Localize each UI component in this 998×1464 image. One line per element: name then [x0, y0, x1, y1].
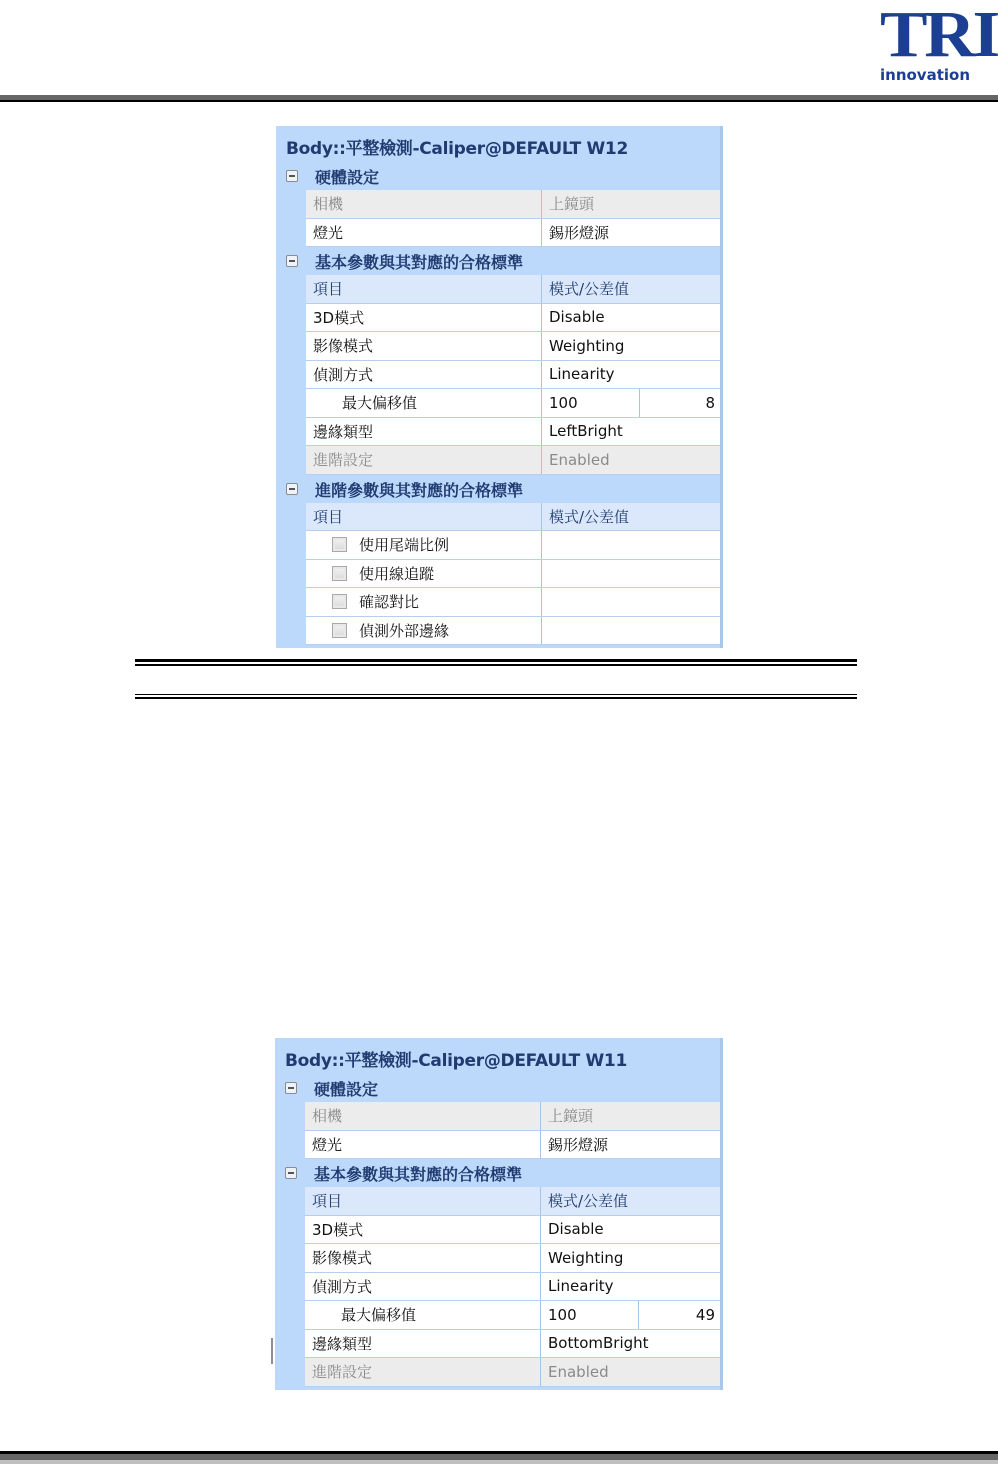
row-value[interactable]: [542, 560, 720, 588]
row-value[interactable]: Disable: [541, 1216, 720, 1244]
row-value[interactable]: LeftBright: [542, 418, 720, 446]
row-value[interactable]: [542, 617, 720, 645]
checkbox-label: 確認對比: [359, 591, 419, 612]
row-key: 影像模式: [305, 1244, 541, 1272]
checkbox-use-line-tracking[interactable]: [332, 566, 347, 581]
category-label: 硬體設定: [315, 165, 379, 188]
row-key: 偵測方式: [306, 361, 542, 389]
checkbox-use-end-ratio[interactable]: [332, 537, 347, 552]
row-value: 上鏡頭: [542, 190, 720, 218]
grid-row-detection-method[interactable]: 偵測方式 Linearity: [306, 361, 720, 390]
row-key: 使用線追蹤: [306, 560, 542, 588]
category-hardware[interactable]: 硬體設定: [276, 162, 720, 190]
category-label: 基本參數與其對應的合格標準: [314, 1162, 522, 1185]
row-key: 3D模式: [306, 304, 542, 332]
row-value[interactable]: 錫形燈源: [541, 1131, 720, 1159]
row-key: 使用尾端比例: [306, 531, 542, 559]
row-value: Enabled: [542, 446, 720, 474]
margin-mark: [271, 1338, 273, 1364]
grid-header-row: 項目 模式/公差值: [305, 1187, 720, 1216]
category-label: 進階參數與其對應的合格標準: [315, 478, 523, 501]
row-value: Enabled: [541, 1358, 720, 1386]
grid-row-advanced-settings[interactable]: 進階設定 Enabled: [306, 446, 720, 475]
grid-header-row: 項目 模式/公差值: [306, 275, 720, 304]
grid-row-3d-mode[interactable]: 3D模式 Disable: [306, 304, 720, 333]
grid-row-max-offset[interactable]: 最大偏移值 100 49: [305, 1301, 720, 1330]
row-key: 最大偏移值: [305, 1301, 541, 1329]
grid-row-3d-mode[interactable]: 3D模式 Disable: [305, 1216, 720, 1245]
row-key: 相機: [306, 190, 542, 218]
column-header-value: 模式/公差值: [541, 1187, 720, 1215]
category-basic-params[interactable]: 基本參數與其對應的合格標準: [276, 247, 720, 275]
panel-title: Body::平整檢測-Caliper@DEFAULT W12: [276, 126, 720, 162]
column-header-value: 模式/公差值: [542, 503, 720, 531]
row-key: 燈光: [306, 219, 542, 247]
grid-row-image-mode[interactable]: 影像模式 Weighting: [305, 1244, 720, 1273]
double-rule-bottom: [135, 694, 857, 699]
row-key: 3D模式: [305, 1216, 541, 1244]
row-key: 影像模式: [306, 332, 542, 360]
max-offset-base[interactable]: 100: [541, 1301, 639, 1329]
grid-row-use-end-ratio[interactable]: 使用尾端比例: [306, 531, 720, 560]
double-rule-top: [135, 659, 857, 666]
checkbox-detect-outer-edge[interactable]: [332, 623, 347, 638]
grid-row-camera[interactable]: 相機 上鏡頭: [305, 1102, 720, 1131]
max-offset-tolerance[interactable]: 49: [639, 1301, 720, 1329]
row-key: 進階設定: [306, 446, 542, 474]
row-value[interactable]: Weighting: [542, 332, 720, 360]
row-key: 偵測外部邊緣: [306, 617, 542, 645]
hardware-grid: 相機 上鏡頭 燈光 錫形燈源: [305, 1102, 720, 1159]
row-value: 上鏡頭: [541, 1102, 720, 1130]
checkbox-label: 偵測外部邊緣: [359, 620, 449, 641]
checkbox-label: 使用線追蹤: [359, 563, 434, 584]
row-key: 偵測方式: [305, 1273, 541, 1301]
row-key: 確認對比: [306, 588, 542, 616]
row-value[interactable]: Weighting: [541, 1244, 720, 1272]
row-value[interactable]: Linearity: [542, 361, 720, 389]
row-key: 邊緣類型: [305, 1330, 541, 1358]
tri-innovation-logo: TRI innovation: [878, 2, 994, 88]
checkbox-label: 使用尾端比例: [359, 534, 449, 555]
grid-row-max-offset[interactable]: 最大偏移值 100 8: [306, 389, 720, 418]
collapse-minus-icon[interactable]: [286, 255, 298, 267]
column-header-value: 模式/公差值: [542, 275, 720, 303]
grid-row-image-mode[interactable]: 影像模式 Weighting: [306, 332, 720, 361]
row-value[interactable]: BottomBright: [541, 1330, 720, 1358]
max-offset-tolerance[interactable]: 8: [640, 389, 720, 417]
row-value[interactable]: [542, 531, 720, 559]
category-advanced-params[interactable]: 進階參數與其對應的合格標準: [276, 475, 720, 503]
grid-row-lighting[interactable]: 燈光 錫形燈源: [305, 1131, 720, 1160]
hardware-grid: 相機 上鏡頭 燈光 錫形燈源: [306, 190, 720, 247]
category-label: 基本參數與其對應的合格標準: [315, 250, 523, 273]
property-grid-w12: Body::平整檢測-Caliper@DEFAULT W12 硬體設定 相機 上…: [276, 126, 723, 648]
row-key: 進階設定: [305, 1358, 541, 1386]
row-value[interactable]: Disable: [542, 304, 720, 332]
grid-row-detection-method[interactable]: 偵測方式 Linearity: [305, 1273, 720, 1302]
row-value-split: 100 49: [541, 1301, 720, 1329]
grid-header-row: 項目 模式/公差值: [306, 503, 720, 532]
column-header-item: 項目: [305, 1187, 541, 1215]
row-key: 最大偏移值: [306, 389, 542, 417]
grid-row-lighting[interactable]: 燈光 錫形燈源: [306, 219, 720, 248]
collapse-minus-icon[interactable]: [285, 1082, 297, 1094]
row-key: 相機: [305, 1102, 541, 1130]
grid-row-use-line-tracking[interactable]: 使用線追蹤: [306, 560, 720, 589]
category-hardware[interactable]: 硬體設定: [275, 1074, 720, 1102]
logo-mark: TRI: [880, 2, 997, 68]
column-header-item: 項目: [306, 275, 542, 303]
property-grid-w11: Body::平整檢測-Caliper@DEFAULT W11 硬體設定 相機 上…: [275, 1038, 723, 1390]
header-rule: [0, 95, 998, 102]
advanced-params-grid: 項目 模式/公差值 使用尾端比例 使用線追蹤 確認對比: [306, 503, 720, 646]
logo-tagline: innovation: [880, 66, 970, 84]
row-value[interactable]: Linearity: [541, 1273, 720, 1301]
row-value[interactable]: [542, 588, 720, 616]
footer-rule: [0, 1451, 998, 1464]
grid-row-edge-type[interactable]: 邊緣類型 LeftBright: [306, 418, 720, 447]
basic-params-grid: 項目 模式/公差值 3D模式 Disable 影像模式 Weighting 偵測…: [305, 1187, 720, 1387]
row-value[interactable]: 錫形燈源: [542, 219, 720, 247]
row-value-split: 100 8: [542, 389, 720, 417]
grid-row-advanced-settings[interactable]: 進階設定 Enabled: [305, 1358, 720, 1387]
checkbox-confirm-contrast[interactable]: [332, 594, 347, 609]
grid-row-confirm-contrast[interactable]: 確認對比: [306, 588, 720, 617]
basic-params-grid: 項目 模式/公差值 3D模式 Disable 影像模式 Weighting 偵測…: [306, 275, 720, 475]
category-label: 硬體設定: [314, 1077, 378, 1100]
grid-row-edge-type[interactable]: 邊緣類型 BottomBright: [305, 1330, 720, 1359]
column-header-item: 項目: [306, 503, 542, 531]
max-offset-base[interactable]: 100: [542, 389, 640, 417]
grid-row-camera[interactable]: 相機 上鏡頭: [306, 190, 720, 219]
collapse-minus-icon[interactable]: [286, 483, 298, 495]
row-key: 邊緣類型: [306, 418, 542, 446]
row-key: 燈光: [305, 1131, 541, 1159]
category-basic-params[interactable]: 基本參數與其對應的合格標準: [275, 1159, 720, 1187]
grid-row-detect-outer-edge[interactable]: 偵測外部邊緣: [306, 617, 720, 646]
collapse-minus-icon[interactable]: [286, 170, 298, 182]
panel-title: Body::平整檢測-Caliper@DEFAULT W11: [275, 1038, 720, 1074]
collapse-minus-icon[interactable]: [285, 1167, 297, 1179]
